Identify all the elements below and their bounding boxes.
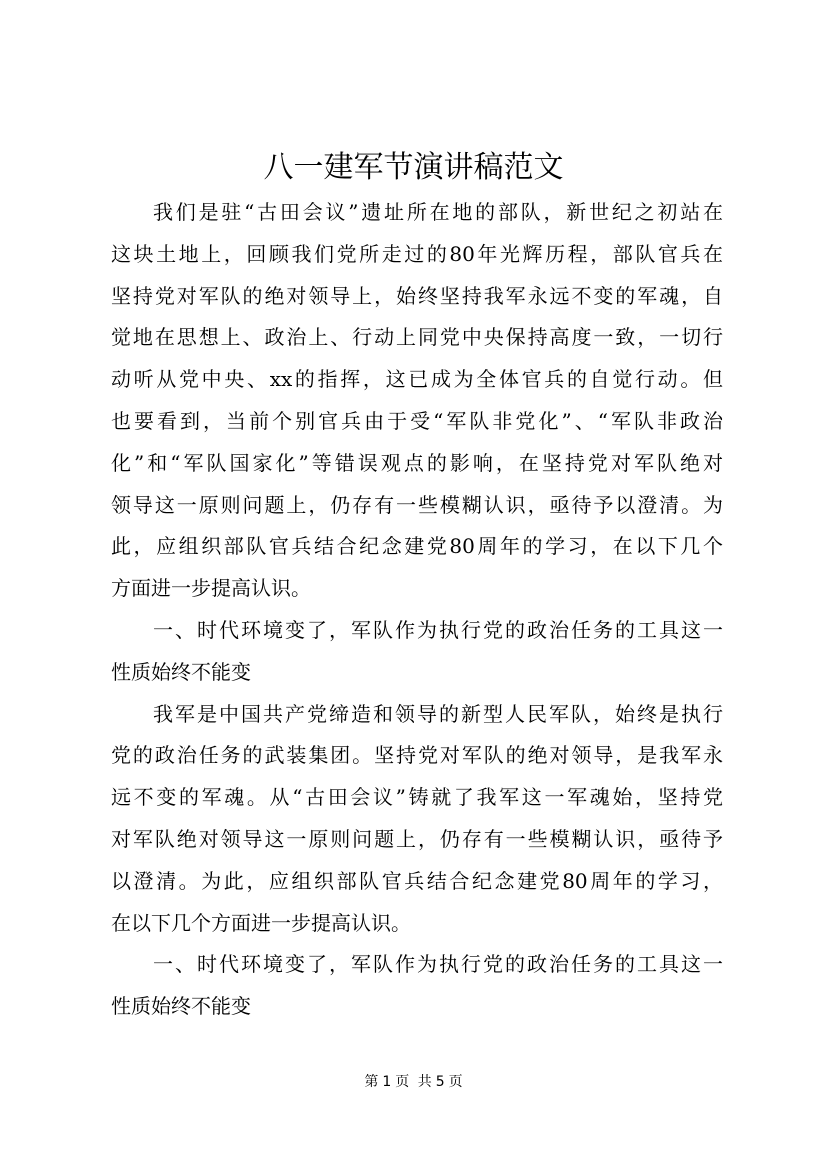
total-pages-number: 5 xyxy=(436,1074,445,1090)
paragraph-line: 党的政治任务的武装集团。坚持党对军队的绝对领导，是我军永 xyxy=(111,735,723,777)
document-page: 八一建军节演讲稿范文 我们是驻“古田会议”遗址所在地的部队，新世纪之初站在 这块… xyxy=(0,0,827,1170)
paragraph-line: 这块土地上，回顾我们党所走过的80年光辉历程，部队官兵在 xyxy=(111,234,723,276)
paragraph-line: 在以下几个方面进一步提高认识。 xyxy=(111,903,723,945)
paragraph-line: 领导这一原则问题上，仍存有一些模糊认识，亟待予以澄清。为 xyxy=(111,485,723,527)
paragraph-line: 此，应组织部队官兵结合纪念建党80周年的学习，在以下几个 xyxy=(111,526,723,568)
paragraph-line: 动听从党中央、xx的指挥，这已成为全体官兵的自觉行动。但 xyxy=(111,359,723,401)
document-body: 我们是驻“古田会议”遗址所在地的部队，新世纪之初站在 这块土地上，回顾我们党所走… xyxy=(111,192,723,1028)
section-heading-line: 一、时代环境变了，军队作为执行党的政治任务的工具这一 xyxy=(111,944,723,986)
page-number-suffix: 页 xyxy=(395,1074,409,1090)
total-pages-suffix: 页 xyxy=(449,1074,463,1090)
paragraph-line: 以澄清。为此，应组织部队官兵结合纪念建党80周年的学习， xyxy=(111,861,723,903)
paragraph-line: 坚持党对军队的绝对领导上，始终坚持我军永远不变的军魂，自 xyxy=(111,276,723,318)
section-heading-line: 一、时代环境变了，军队作为执行党的政治任务的工具这一 xyxy=(111,610,723,652)
current-page-number: 1 xyxy=(382,1074,391,1090)
page-footer: 第1页 共5页 xyxy=(0,1072,827,1092)
paragraph-line: 远不变的军魂。从“古田会议”铸就了我军这一军魂始，坚持党 xyxy=(111,777,723,819)
page-number-prefix: 第 xyxy=(364,1074,378,1090)
document-title: 八一建军节演讲稿范文 xyxy=(0,146,827,190)
paragraph-line: 我们是驻“古田会议”遗址所在地的部队，新世纪之初站在 xyxy=(111,192,723,234)
paragraph-line: 我军是中国共产党缔造和领导的新型人民军队，始终是执行 xyxy=(111,694,723,736)
section-heading-line: 性质始终不能变 xyxy=(111,986,723,1028)
paragraph-line: 对军队绝对领导这一原则问题上，仍存有一些模糊认识，亟待予 xyxy=(111,819,723,861)
section-heading-line: 性质始终不能变 xyxy=(111,652,723,694)
paragraph-line: 觉地在思想上、政治上、行动上同党中央保持高度一致，一切行 xyxy=(111,317,723,359)
paragraph-line: 化”和“军队国家化”等错误观点的影响，在坚持党对军队绝对 xyxy=(111,443,723,485)
paragraph-line: 方面进一步提高认识。 xyxy=(111,568,723,610)
total-pages-prefix: 共 xyxy=(418,1074,432,1090)
paragraph-line: 也要看到，当前个别官兵由于受“军队非党化”、“军队非政治 xyxy=(111,401,723,443)
